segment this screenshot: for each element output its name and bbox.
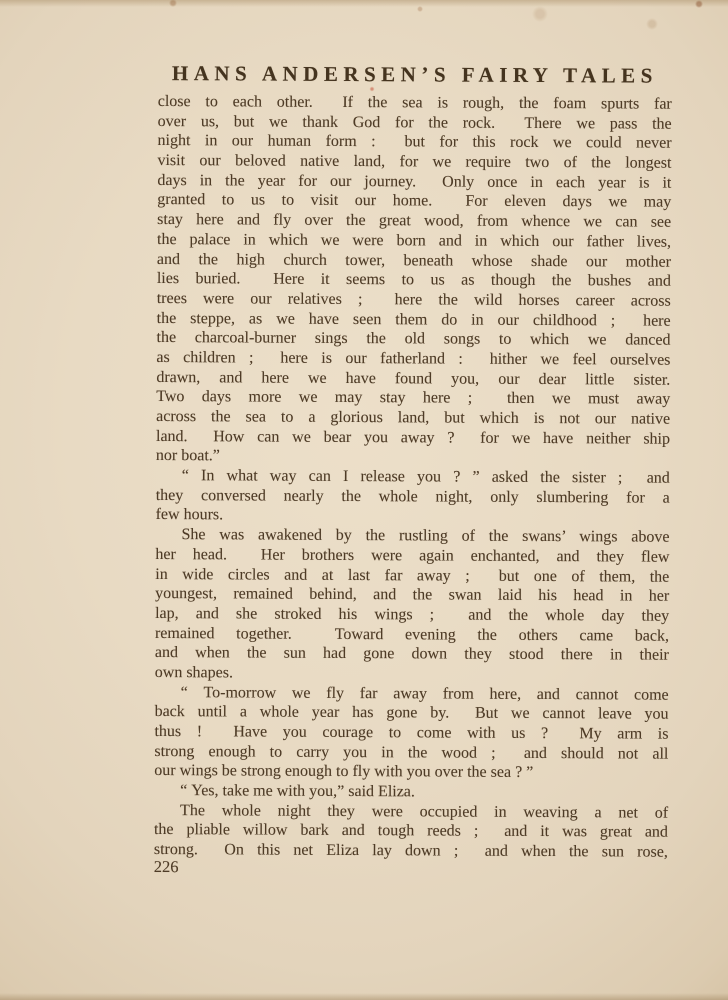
text-line: night in our human form : but for this r… — [158, 131, 672, 153]
paragraph: “ To-morrow we fly far away from here, a… — [154, 683, 669, 784]
text-line: the pliable willow bark and tough reeds … — [154, 820, 668, 842]
text-line: across the sea to a glorious land, but w… — [156, 407, 670, 429]
text-line: strong enough to carry you in the wood ;… — [154, 742, 668, 764]
text-line: lap, and she stroked his wings ; and the… — [155, 604, 669, 626]
paragraph: She was awakened by the rustling of the … — [155, 525, 670, 685]
text-line: land. How can we bear you away ? for we … — [156, 427, 670, 449]
text-line: strong. On this net Eliza lay down ; and… — [154, 840, 668, 862]
text-line: drawn, and here we have found you, our d… — [156, 368, 670, 390]
paragraph: close to each other. If the sea is rough… — [156, 92, 672, 469]
text-line: the steppe, as we have seen them do in o… — [157, 309, 671, 331]
text-line: lies buried. Here it seems to us as thou… — [157, 269, 671, 291]
text-line: days in the year for our journey. Only o… — [157, 171, 671, 193]
text-line: her head. Her brothers were again enchan… — [155, 545, 669, 567]
text-line: back until a whole year has gone by. But… — [155, 702, 669, 724]
book-page: HANS ANDERSEN’S FAIRY TALES close to eac… — [0, 0, 728, 1000]
text-line: “ In what way can I release you ? ” aske… — [156, 466, 670, 488]
paragraph: “ Yes, take me with you,” said Eliza. — [154, 781, 668, 803]
text-line: the charcoal-burner sings the old songs … — [156, 328, 670, 350]
text-line: the palace in which we were born and in … — [157, 230, 671, 252]
paragraph: The whole night they were occupied in we… — [154, 801, 668, 863]
text-line: our wings be strong enough to fly with y… — [154, 761, 668, 783]
text-line: visit our beloved native land, for we re… — [157, 151, 671, 173]
body-text: close to each other. If the sea is rough… — [154, 92, 672, 862]
text-line: granted to us to visit our home. For ele… — [157, 190, 671, 212]
text-line: stay here and fly over the great wood, f… — [157, 210, 671, 232]
text-line: thus ! Have you courage to come with us … — [154, 722, 668, 744]
text-line: few hours. — [156, 505, 670, 527]
text-line: and when the sun had gone down they stoo… — [155, 643, 669, 665]
text-line: in wide circles and at last far away ; b… — [155, 564, 669, 586]
paragraph: “ In what way can I release you ? ” aske… — [156, 466, 670, 528]
page-content: HANS ANDERSEN’S FAIRY TALES close to eac… — [154, 60, 672, 879]
text-line: Two days more we may stay here ; then we… — [156, 387, 670, 409]
text-line: “ Yes, take me with you,” said Eliza. — [154, 781, 668, 803]
text-line: over us, but we thank God for the rock. … — [158, 112, 672, 134]
text-line: The whole night they were occupied in we… — [154, 801, 668, 823]
text-line: She was awakened by the rustling of the … — [155, 525, 669, 547]
text-line: and the high church tower, beneath whose… — [157, 249, 671, 271]
text-line: as children ; here is our fatherland : h… — [156, 348, 670, 370]
text-line: youngest, remained behind, and the swan … — [155, 584, 669, 606]
running-header: HANS ANDERSEN’S FAIRY TALES — [158, 60, 672, 89]
text-line: trees were our relatives ; here the wild… — [157, 289, 671, 311]
text-line: nor boat.” — [156, 446, 670, 468]
text-line: own shapes. — [155, 663, 669, 685]
text-line: “ To-morrow we fly far away from here, a… — [155, 683, 669, 705]
text-line: remained together. Toward evening the ot… — [155, 624, 669, 646]
text-line: they conversed nearly the whole night, o… — [156, 486, 670, 508]
text-line: close to each other. If the sea is rough… — [158, 92, 672, 114]
